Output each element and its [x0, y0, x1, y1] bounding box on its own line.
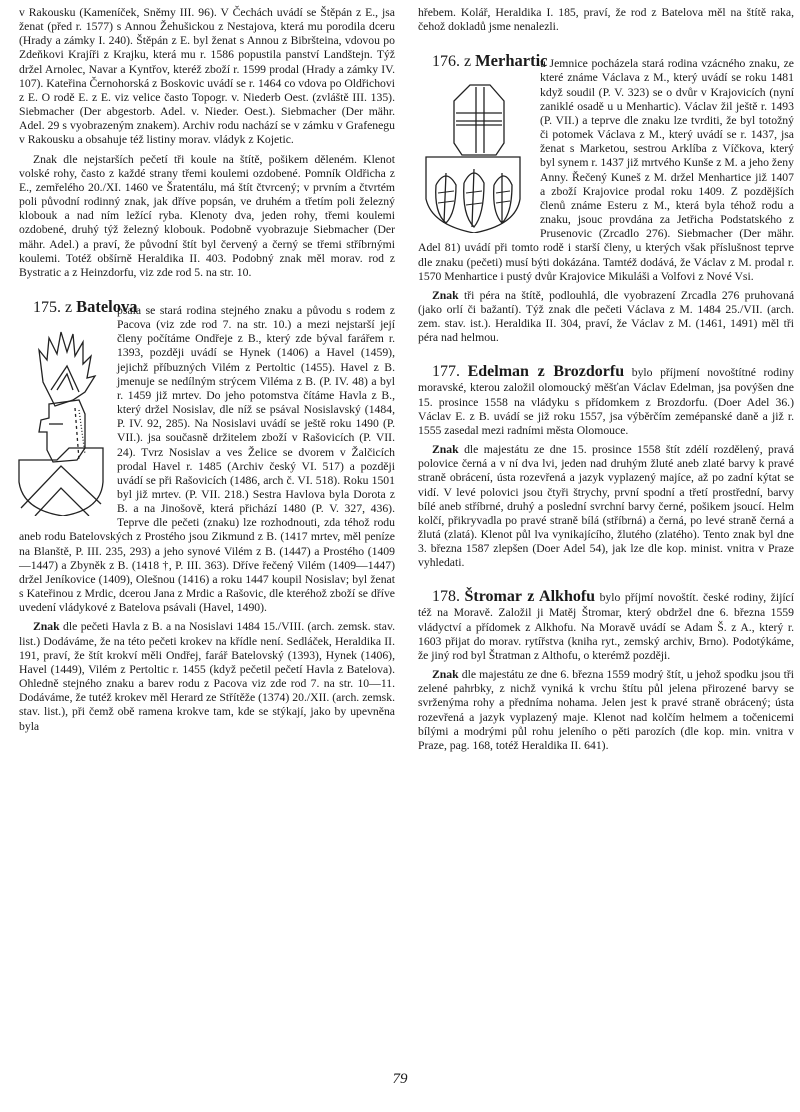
entry-name: Štromar z Alkhofu	[465, 588, 596, 605]
entry-paragraph: 177. Edelman z Brozdorfu bylo příjmení n…	[418, 363, 794, 438]
entry-number: 175.	[33, 299, 61, 316]
left-column: v Rakousku (Kameníček, Sněmy III. 96). V…	[19, 6, 395, 734]
entry-znak: Znak dle majestátu ze dne 15. prosince 1…	[418, 443, 794, 570]
entry-paragraph: 178. Štromar z Alkhofu bylo příjmí novoš…	[418, 588, 794, 663]
entry-176: 176. z Merhartic	[418, 52, 794, 345]
entry-prefix: z	[65, 299, 72, 316]
znak-label: Znak	[432, 289, 459, 302]
znak-text: dle pečeti Havla z B. a na Nosislavi 148…	[19, 620, 395, 732]
continuation-text: v Rakousku (Kameníček, Sněmy III. 96). V…	[19, 6, 395, 148]
continuation-text: hřebem. Kolář, Heraldika I. 185, praví, …	[418, 6, 794, 34]
entry-prefix: z	[464, 53, 471, 70]
znak-text: tři péra na štítě, podlouhlá, dle vyobra…	[418, 289, 794, 344]
znak-text: dle majestátu ze dne 6. března 1559 modr…	[418, 668, 794, 752]
coat-of-arms-batelova-icon	[13, 320, 107, 516]
znak-text: dle majestátu ze dne 15. prosince 1558 š…	[418, 443, 794, 569]
entry-znak: Znak dle majestátu ze dne 6. března 1559…	[418, 668, 794, 753]
entry-number: 176.	[432, 53, 460, 70]
entry-178: 178. Štromar z Alkhofu bylo příjmí novoš…	[418, 588, 794, 753]
znak-paragraph: Znak dle nejstarších pečetí tři koule na…	[19, 153, 395, 280]
znak-label: Znak	[432, 668, 459, 681]
entry-name: Merhartic	[475, 51, 547, 70]
znak-label: Znak	[432, 443, 459, 456]
entry-number: 178.	[432, 588, 460, 605]
znak-label: Znak	[33, 620, 60, 633]
right-column: hřebem. Kolář, Heraldika I. 185, praví, …	[418, 6, 794, 753]
entry-znak: Znak tři péra na štítě, podlouhlá, dle v…	[418, 289, 794, 346]
entry-name: Edelman z Brozdorfu	[468, 363, 625, 380]
entry-175: 175. z Batelova	[19, 298, 395, 734]
coat-of-arms-merhartic-icon	[416, 73, 530, 233]
entry-177: 177. Edelman z Brozdorfu bylo příjmení n…	[418, 363, 794, 570]
entry-znak: Znak dle pečeti Havla z B. a na Nosislav…	[19, 620, 395, 733]
entry-number: 177.	[432, 363, 460, 380]
page-number: 79	[0, 1071, 800, 1088]
